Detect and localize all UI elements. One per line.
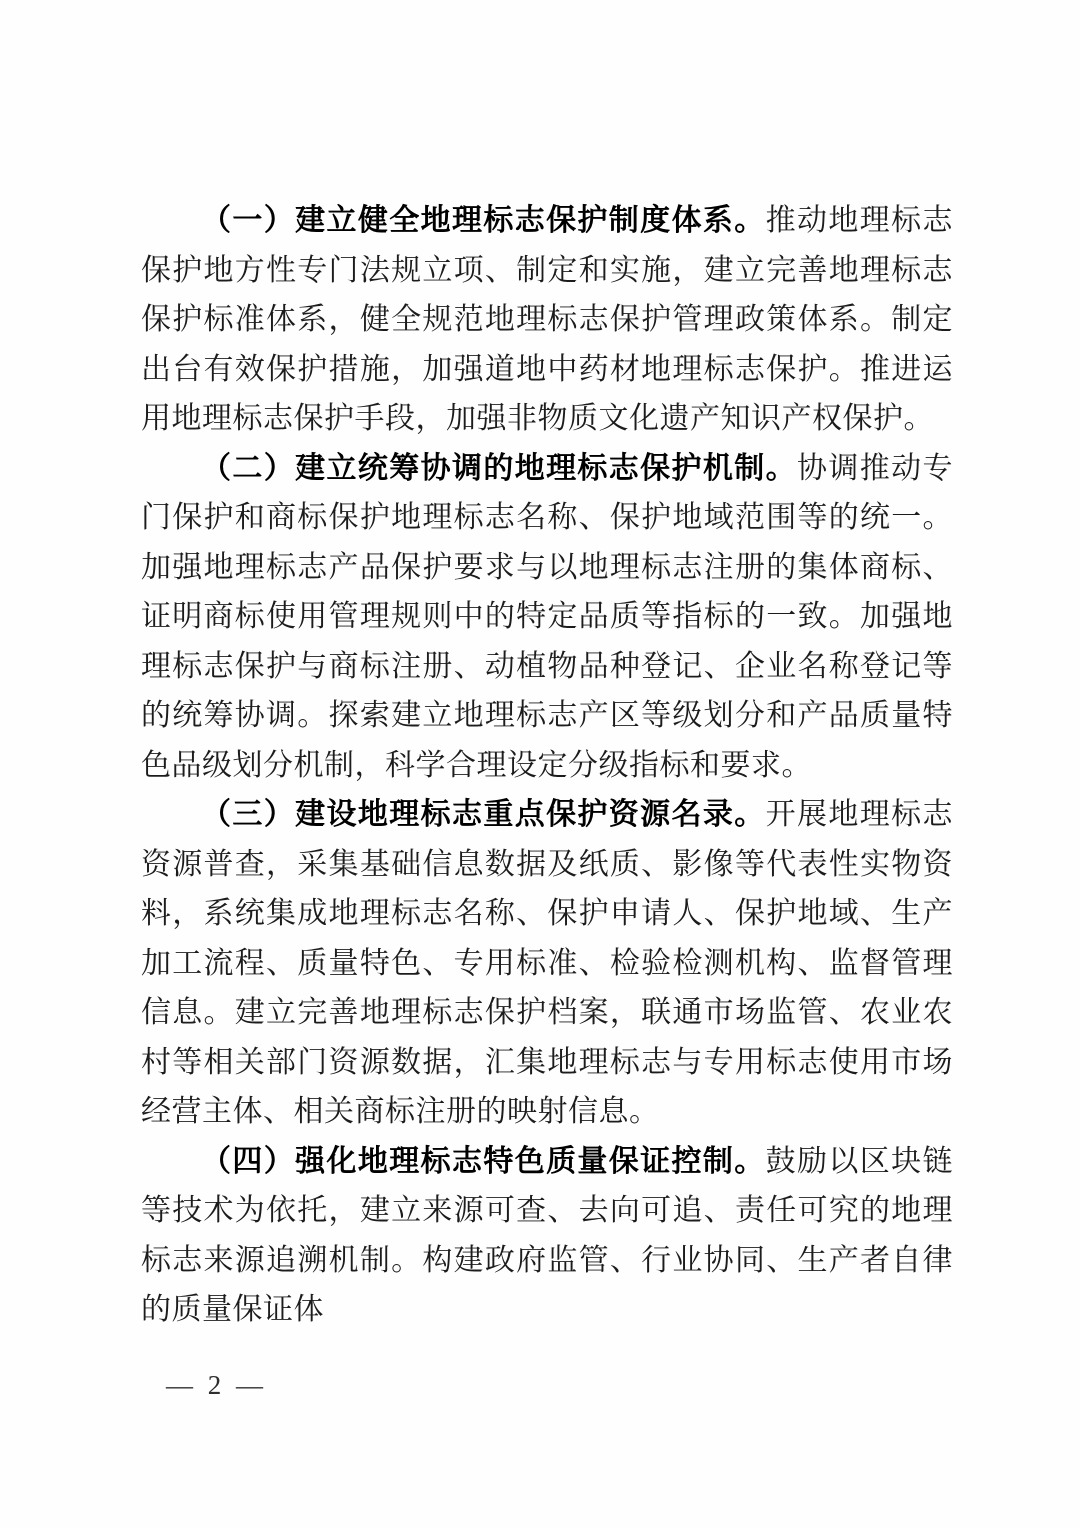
- paragraph-3: （三）建设地理标志重点保护资源名录。开展地理标志资源普查，采集基础信息数据及纸质…: [141, 790, 953, 1137]
- paragraph-2-text: 协调推动专门保护和商标保护地理标志名称、保护地域范围等的统一。加强地理标志产品保…: [141, 452, 953, 782]
- page-number: — 2 —: [166, 1370, 267, 1401]
- paragraph-3-text: 开展地理标志资源普查，采集基础信息数据及纸质、影像等代表性实物资料，系统集成地理…: [141, 798, 953, 1128]
- paragraph-4-heading: （四）强化地理标志特色质量保证控制。: [201, 1145, 766, 1178]
- document-page: （一）建立健全地理标志保护制度体系。推动地理标志保护地方性专门法规立项、制定和实…: [0, 0, 1080, 1527]
- paragraph-2-heading: （二）建立统筹协调的地理标志保护机制。: [201, 452, 797, 485]
- document-body: （一）建立健全地理标志保护制度体系。推动地理标志保护地方性专门法规立项、制定和实…: [141, 196, 953, 1335]
- paragraph-1-text: 推动地理标志保护地方性专门法规立项、制定和实施，建立完善地理标志保护标准体系，健…: [141, 204, 953, 435]
- paragraph-1-heading: （一）建立健全地理标志保护制度体系。: [201, 204, 766, 237]
- paragraph-3-heading: （三）建设地理标志重点保护资源名录。: [201, 798, 766, 831]
- paragraph-4: （四）强化地理标志特色质量保证控制。鼓励以区块链等技术为依托，建立来源可查、去向…: [141, 1137, 953, 1335]
- paragraph-1: （一）建立健全地理标志保护制度体系。推动地理标志保护地方性专门法规立项、制定和实…: [141, 196, 953, 444]
- paragraph-2: （二）建立统筹协调的地理标志保护机制。协调推动专门保护和商标保护地理标志名称、保…: [141, 444, 953, 791]
